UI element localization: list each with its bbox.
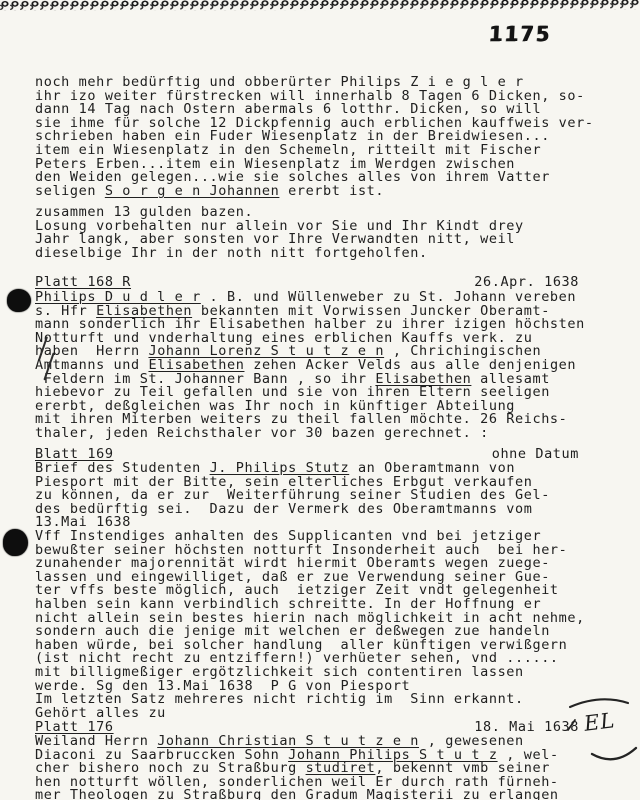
heading-folio-label: Platt 168 R <box>35 276 131 290</box>
text-line: seligen S o r g e n Johannen ererbt ist. <box>35 185 615 199</box>
paragraph: Brief des Studenten J. Philips Stutz an … <box>35 462 615 720</box>
text-run: thaler, jeden Reichsthaler vor 30 bazen … <box>35 425 489 441</box>
text-line: mer Theologen zu Straßburg den Gradum Ma… <box>35 789 615 800</box>
underlined-text: Platt 168 R <box>35 274 131 290</box>
margin-note-text: EL <box>583 708 617 736</box>
ink-dot-mark <box>3 529 28 556</box>
text-run: ererbt ist. <box>279 183 384 199</box>
paragraph: zusammen 13 gulden bazen.Losung vorbehal… <box>35 206 615 260</box>
scanned-document-page: 1175 noch mehr bedürftig und obberürter … <box>0 0 640 800</box>
page-number: 1175 <box>488 22 552 46</box>
text-run: seligen <box>35 183 105 199</box>
underlined-text: S o r g e n Johannen <box>105 183 280 199</box>
text-run: 26.Apr. 1638 <box>474 274 579 290</box>
text-line: dieselbige Ihr in der noth nitt fortgeho… <box>35 247 615 261</box>
paragraph: Philips D u d l e r . B. und Wüllenweber… <box>35 291 615 441</box>
ink-dot-mark <box>7 289 31 312</box>
text-line: thaler, jeden Reichsthaler vor 30 bazen … <box>35 427 615 441</box>
entry-heading: Platt 168 R26.Apr. 1638 <box>35 276 615 290</box>
text-run: dieselbige Ihr in der noth nitt fortgeho… <box>35 245 428 261</box>
paragraph: noch mehr bedürftig und obberürter Phili… <box>35 76 615 198</box>
heading-date: 26.Apr. 1638 <box>474 276 579 290</box>
text-run: mer Theologen zu Straßburg den Gradum Ma… <box>35 787 559 800</box>
heading-row: Platt 168 R26.Apr. 1638 <box>35 276 615 290</box>
handwritten-margin-note: EL <box>560 690 640 772</box>
scan-edge-squiggle <box>0 0 640 11</box>
paragraph: Weiland Herrn Johann Christian S t u t z… <box>35 735 615 800</box>
